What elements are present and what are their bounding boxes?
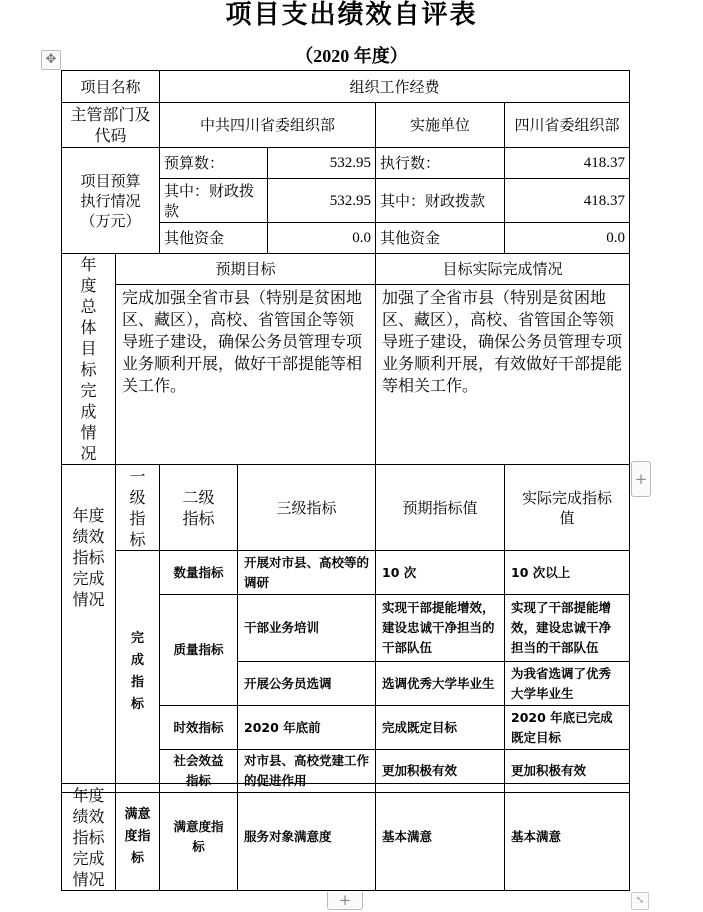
add-column-button[interactable]: + (631, 461, 651, 497)
document-title: 项目支出绩效自评表 (0, 0, 703, 31)
annual-goal-label: 年度总体目标完成情况 (62, 254, 116, 465)
level1-header: 一级指标 (116, 465, 160, 551)
fiscal-exec-value[interactable]: 418.37 (505, 179, 630, 223)
impl-unit-label: 实施单位 (376, 103, 505, 148)
indicator-actual[interactable]: 2020 年底已完成既定目标 (505, 706, 630, 750)
performance-label: 年度绩效指标完成情况 (62, 465, 116, 793)
expected-value-header: 预期指标值 (376, 465, 505, 551)
level3-header: 三级指标 (238, 465, 376, 551)
actual-goal-text[interactable]: 加强了全省市县（特别是贫困地区、藏区），高校、省管国企等领导班子建设，确保公务员… (376, 285, 630, 465)
fiscal-plan-label: 其中：财政拨款 (160, 179, 268, 223)
indicator-level3[interactable]: 2020 年底前 (238, 706, 376, 750)
actual-value-header: 实际完成指标值 (505, 465, 630, 551)
indicator-expected[interactable]: 10 次 (376, 551, 505, 595)
indicator-level2: 时效指标 (160, 706, 238, 750)
indicator-expected[interactable]: 选调优秀大学毕业生 (376, 662, 505, 706)
dept-label: 主管部门及代码 (62, 103, 160, 148)
indicator-level3[interactable]: 开展公务员选调 (238, 662, 376, 706)
budget-exec-label: 执行数： (376, 148, 505, 179)
fiscal-exec-label: 其中：财政拨款 (376, 179, 505, 223)
indicator-actual[interactable]: 实现了干部提能增效，建设忠诚干净担当的干部队伍 (505, 595, 630, 662)
satisfaction-level1: 满意度指标 (116, 784, 160, 891)
actual-goal-header: 目标实际完成情况 (376, 254, 630, 285)
budget-label: 项目预算执行情况（万元） (62, 148, 160, 254)
satisfaction-section-label: 年度绩效指标完成情况 (62, 784, 116, 891)
budget-exec-value[interactable]: 418.37 (505, 148, 630, 179)
table-move-handle-icon[interactable]: ✥ (41, 50, 61, 70)
other-plan-label: 其他资金 (160, 223, 268, 254)
self-evaluation-table: 项目名称 组织工作经费 主管部门及代码 中共四川省委组织部 实施单位 四川省委组… (61, 70, 630, 793)
fiscal-plan-value[interactable]: 532.95 (268, 179, 376, 223)
budget-plan-value[interactable]: 532.95 (268, 148, 376, 179)
satisfaction-expected[interactable]: 基本满意 (376, 784, 505, 891)
level2-header: 二级指标 (160, 465, 238, 551)
table-resize-icon[interactable]: ⤡ (631, 892, 649, 910)
expected-goal-header: 预期目标 (116, 254, 376, 285)
project-name-label: 项目名称 (62, 71, 160, 103)
satisfaction-table: 年度绩效指标完成情况 满意度指标 满意度指标 服务对象满意度 基本满意 基本满意 (61, 783, 630, 891)
project-name-value[interactable]: 组织工作经费 (160, 71, 630, 103)
document-subtitle: （2020 年度） (0, 42, 703, 68)
satisfaction-level3[interactable]: 服务对象满意度 (238, 784, 376, 891)
impl-unit-value[interactable]: 四川省委组织部 (505, 103, 630, 148)
other-plan-value[interactable]: 0.0 (268, 223, 376, 254)
indicator-level2: 质量指标 (160, 595, 238, 706)
budget-plan-label: 预算数： (160, 148, 268, 179)
expected-goal-text[interactable]: 完成加强全省市县（特别是贫困地区、藏区），高校、省管国企等领导班子建设，确保公务… (116, 285, 376, 465)
add-row-button[interactable]: + (327, 892, 363, 910)
other-exec-label: 其他资金 (376, 223, 505, 254)
indicator-level3[interactable]: 开展对市县、高校等的调研 (238, 551, 376, 595)
indicator-actual[interactable]: 10 次以上 (505, 551, 630, 595)
indicator-expected[interactable]: 实现干部提能增效，建设忠诚干净担当的干部队伍 (376, 595, 505, 662)
satisfaction-level2: 满意度指标 (160, 784, 238, 891)
indicator-actual[interactable]: 为我省选调了优秀大学毕业生 (505, 662, 630, 706)
satisfaction-actual[interactable]: 基本满意 (505, 784, 630, 891)
indicator-level2: 数量指标 (160, 551, 238, 595)
indicator-expected[interactable]: 完成既定目标 (376, 706, 505, 750)
other-exec-value[interactable]: 0.0 (505, 223, 630, 254)
completion-indicator-label: 完成指标 (116, 551, 160, 793)
dept-value[interactable]: 中共四川省委组织部 (160, 103, 376, 148)
indicator-level3[interactable]: 干部业务培训 (238, 595, 376, 662)
